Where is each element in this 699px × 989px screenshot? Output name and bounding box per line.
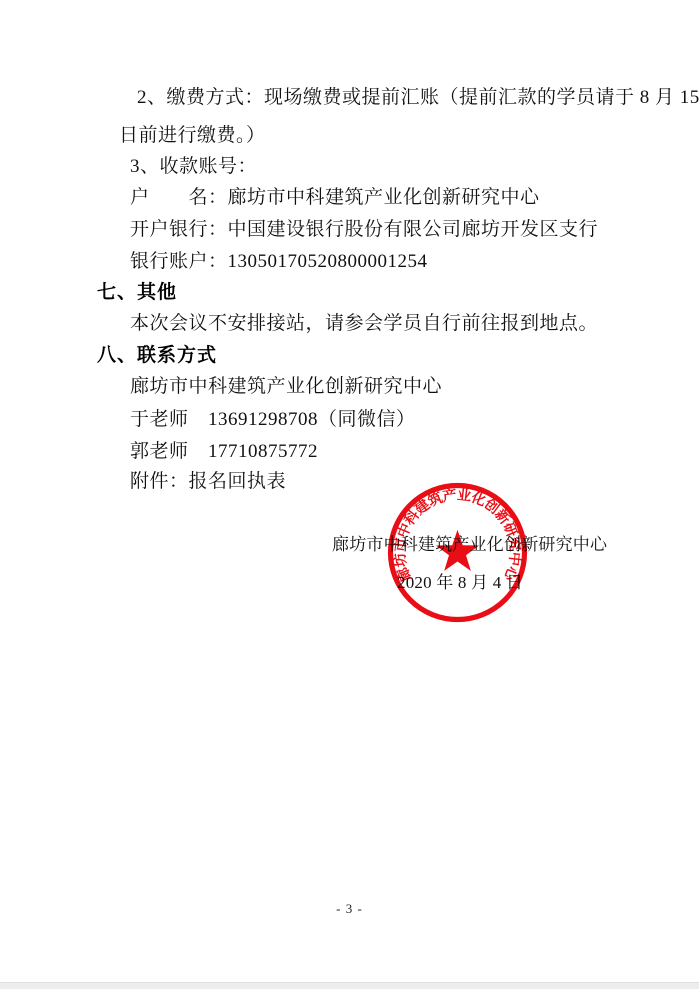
page-bottom-edge: [0, 982, 699, 989]
page-number: - 3 -: [0, 901, 699, 917]
line-account-number: 银行账户：13050170520800001254: [130, 251, 428, 272]
document-page: 2、缴费方式：现场缴费或提前汇账（提前汇款的学员请于 8 月 15 日前进行缴费…: [0, 0, 699, 989]
line-account-heading: 3、收款账号：: [130, 156, 257, 177]
line-bank-branch: 开户银行：中国建设银行股份有限公司廊坊开发区支行: [130, 219, 598, 240]
line-org-name: 廊坊市中科建筑产业化创新研究中心: [130, 376, 442, 397]
line-contact-guo: 郭老师 17710875772: [130, 441, 318, 462]
line-account-name: 户 名：廊坊市中科建筑产业化创新研究中心: [130, 187, 540, 208]
line-no-pickup: 本次会议不安排接站，请参会学员自行前往报到地点。: [130, 313, 598, 334]
line-payment-deadline: 日前进行缴费。）: [119, 125, 266, 146]
line-contact-yu: 于老师 13691298708（同微信）: [130, 409, 416, 430]
seal-star-icon: [436, 530, 479, 571]
line-attachment: 附件：报名回执表: [130, 471, 286, 492]
official-seal-stamp: 廊坊市中科建筑产业化创新研究中心: [382, 477, 533, 628]
heading-contact: 八、联系方式: [97, 345, 217, 366]
line-payment-method: 2、缴费方式：现场缴费或提前汇账（提前汇款的学员请于 8 月 15: [137, 87, 699, 108]
heading-other: 七、其他: [97, 282, 177, 303]
